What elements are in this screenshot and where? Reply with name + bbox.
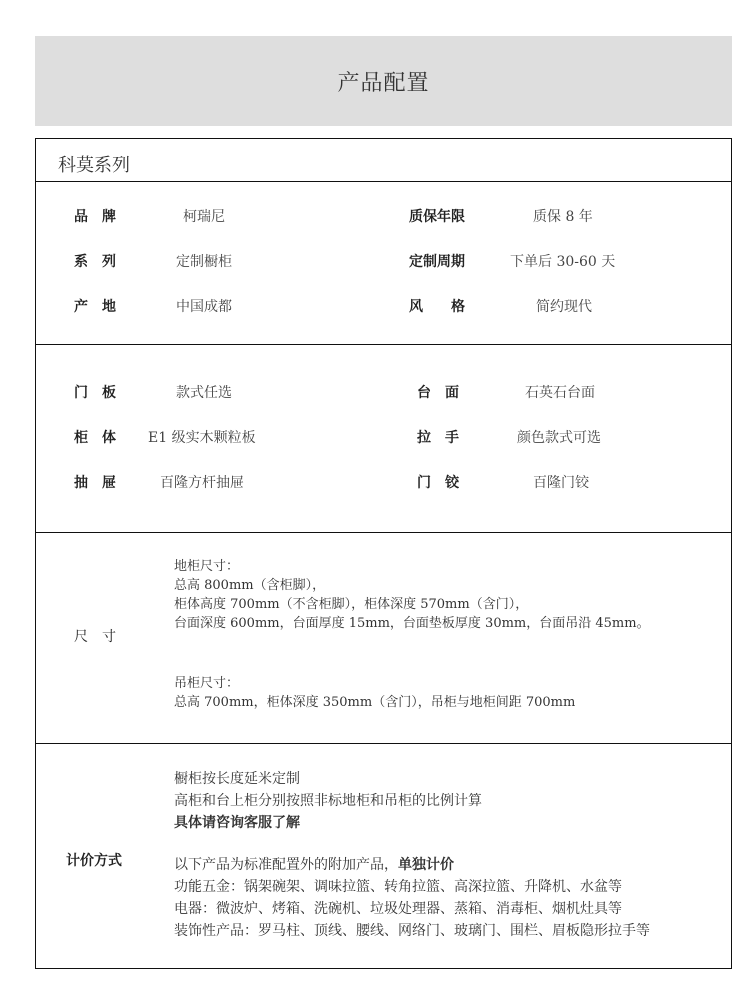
pricing-rules: 橱柜按长度延米定制 高柜和台上柜分别按照非标地柜和吊柜的比例计算 具体请咨询客服… [174, 768, 482, 834]
pricing-label: 计价方式 [66, 850, 122, 870]
series-label: 系 列 [74, 251, 116, 271]
brand-value: 柯瑞尼 [183, 206, 225, 226]
handle-label: 拉 手 [417, 427, 459, 447]
countertop-label: 台 面 [417, 382, 459, 402]
base-cabinet-line: 总高 800mm（含柜脚）， [174, 576, 650, 595]
wall-cabinet-heading: 吊柜尺寸： [174, 674, 575, 693]
door-panel-label: 门 板 [74, 382, 116, 402]
materials-section: 门 板 款式任选 柜 体 E1 级实木颗粒板 抽 屉 百隆方杆抽屉 台 面 石英… [36, 345, 731, 533]
warranty-value: 质保 8 年 [533, 206, 593, 226]
pricing-rule: 高柜和台上柜分别按照非标地柜和吊柜的比例计算 [174, 790, 482, 812]
base-cabinet-line: 台面深度 600mm，台面厚度 15mm，台面垫板厚度 30mm，台面吊沿 45… [174, 614, 650, 633]
addon-hardware: 功能五金：锅架碗架、调味拉篮、转角拉篮、高深拉篮、升降机、水盆等 [174, 876, 650, 898]
page-title: 产品配置 [337, 66, 429, 97]
drawer-label: 抽 屉 [74, 472, 116, 492]
base-cabinet-heading: 地柜尺寸： [174, 557, 650, 576]
series-title-section: 科莫系列 [36, 139, 731, 182]
series-value: 定制橱柜 [176, 251, 232, 271]
product-config-table: 科莫系列 品 牌 柯瑞尼 系 列 定制橱柜 产 地 中国成都 质保年限 质保 8… [35, 138, 732, 969]
base-cabinet-dimensions: 地柜尺寸： 总高 800mm（含柜脚）， 柜体高度 700mm（不含柜脚），柜体… [174, 557, 650, 633]
dimensions-section: 尺 寸 地柜尺寸： 总高 800mm（含柜脚）， 柜体高度 700mm（不含柜脚… [36, 533, 731, 744]
dimensions-label: 尺 寸 [74, 626, 116, 646]
handle-value: 颜色款式可选 [517, 427, 601, 447]
cabinet-body-label: 柜 体 [74, 427, 116, 447]
wall-cabinet-line: 总高 700mm，柜体深度 350mm（含门），吊柜与地柜间距 700mm [174, 693, 575, 712]
addon-intro: 以下产品为标准配置外的附加产品，单独计价 [174, 854, 650, 876]
hinge-label: 门 铰 [417, 472, 459, 492]
hinge-value: 百隆门铰 [533, 472, 589, 492]
lead-time-value: 下单后 30-60 天 [510, 251, 615, 271]
warranty-label: 质保年限 [409, 206, 465, 226]
cabinet-body-value: E1 级实木颗粒板 [148, 427, 256, 447]
addon-appliances: 电器：微波炉、烤箱、洗碗机、垃圾处理器、蒸箱、消毒柜、烟机灶具等 [174, 898, 650, 920]
door-panel-value: 款式任选 [176, 382, 232, 402]
addon-decorative: 装饰性产品：罗马柱、顶线、腰线、网络门、玻璃门、围栏、眉板隐形拉手等 [174, 920, 650, 942]
page-header-banner: 产品配置 [35, 36, 732, 126]
origin-label: 产 地 [74, 296, 116, 316]
addon-intro-text: 以下产品为标准配置外的附加产品， [174, 857, 398, 873]
style-label: 风 格 [409, 296, 465, 316]
separate-pricing-note: 单独计价 [398, 857, 454, 873]
pricing-section: 计价方式 橱柜按长度延米定制 高柜和台上柜分别按照非标地柜和吊柜的比例计算 具体… [36, 744, 731, 970]
style-value: 简约现代 [536, 296, 592, 316]
contact-service-note: 具体请咨询客服了解 [174, 812, 482, 834]
countertop-value: 石英石台面 [525, 382, 595, 402]
base-cabinet-line: 柜体高度 700mm（不含柜脚），柜体深度 570mm（含门）， [174, 595, 650, 614]
series-title: 科莫系列 [58, 151, 130, 177]
lead-time-label: 定制周期 [409, 251, 465, 271]
basic-info-section: 品 牌 柯瑞尼 系 列 定制橱柜 产 地 中国成都 质保年限 质保 8 年 定制… [36, 182, 731, 345]
pricing-rule: 橱柜按长度延米定制 [174, 768, 482, 790]
drawer-value: 百隆方杆抽屉 [160, 472, 244, 492]
origin-value: 中国成都 [176, 296, 232, 316]
addon-products: 以下产品为标准配置外的附加产品，单独计价 功能五金：锅架碗架、调味拉篮、转角拉篮… [174, 854, 650, 942]
brand-label: 品 牌 [74, 206, 116, 226]
wall-cabinet-dimensions: 吊柜尺寸： 总高 700mm，柜体深度 350mm（含门），吊柜与地柜间距 70… [174, 674, 575, 712]
